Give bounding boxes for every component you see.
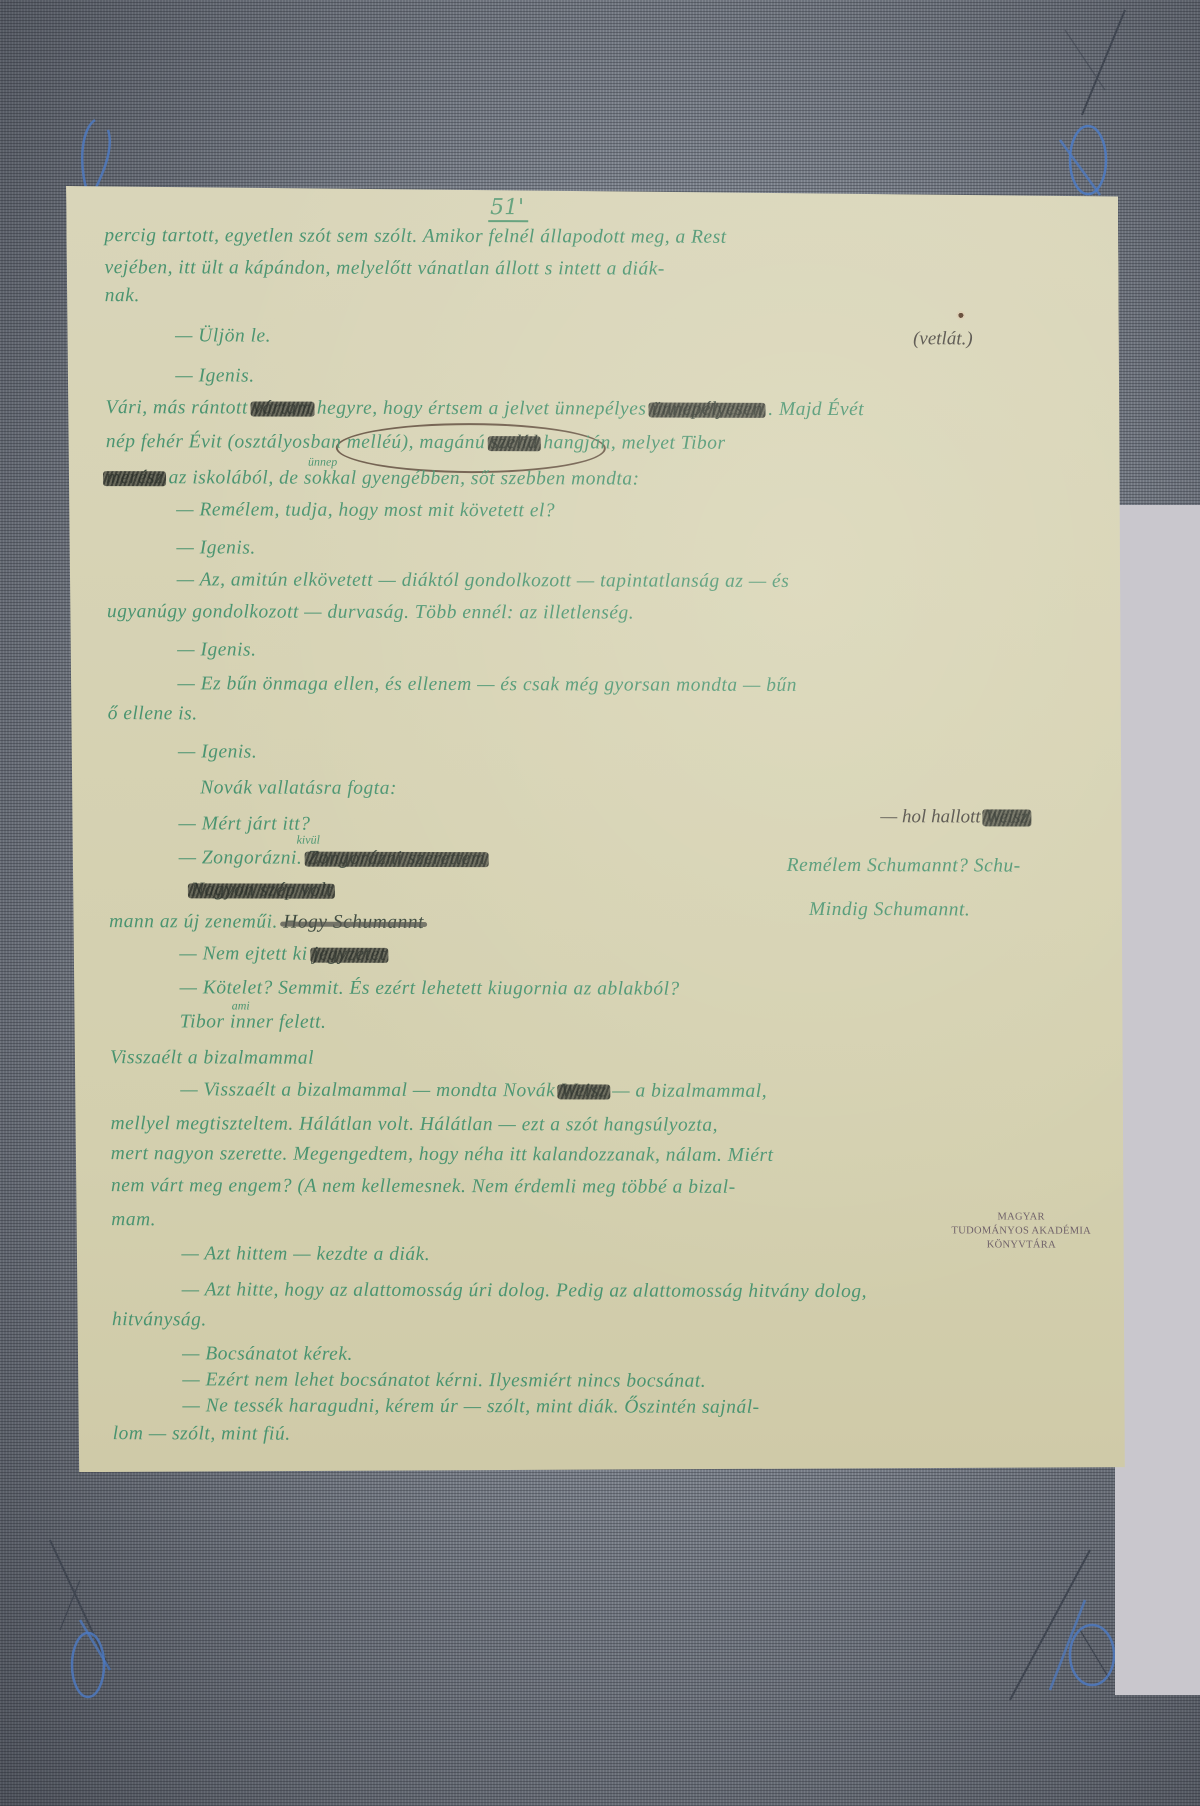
text-line: hitványság.	[112, 1310, 1108, 1332]
text-segment: . Majd Évét	[768, 399, 864, 420]
text-segment: mann az új zeneműi.	[109, 911, 278, 932]
text-line: — Mért járt itt?	[178, 814, 1104, 836]
text-line: ő ellene is.	[108, 704, 1104, 726]
struck-word: merész	[106, 468, 163, 488]
text-segment: Remélem Schumannt?	[787, 855, 969, 876]
text-line: — Zongorázni. Zongorázni szerettem	[179, 848, 1105, 870]
interlinear-insert: ünnep	[308, 455, 337, 470]
text-line: Remélem Schumannt? Schu-	[787, 856, 1105, 876]
text-line: — Visszaélt a bizalmammal — mondta Novák…	[180, 1080, 1106, 1102]
text-line: — Ez bűn önmaga ellen, és ellenem — és c…	[177, 674, 1103, 696]
text-line: vejében, itt ült a kápándon, melyelőtt v…	[105, 258, 1101, 280]
pencil-text: Schu-	[974, 855, 1021, 876]
text-line: mert nagyon szerette. Megengedtem, hogy …	[111, 1144, 1107, 1166]
text-segment: — Nem ejtett ki	[179, 943, 307, 964]
text-line: — Ezért nem lehet bocsánatot kérni. Ilye…	[182, 1370, 1108, 1392]
text-line: mam.	[111, 1210, 1107, 1232]
corner-mark-top-right	[1010, 0, 1130, 200]
pencil-annotation: (vetlát.)	[913, 328, 973, 350]
text-line: — Kötelet? Semmit. És ezért lehetett kiu…	[180, 978, 1106, 1000]
text-line: lom — szólt, mint fiú.	[113, 1424, 1109, 1446]
struck-word: jegyzetet	[313, 945, 386, 965]
text-line: mellyel megtiszteltem. Hálátlan volt. Há…	[110, 1114, 1106, 1136]
text-segment: — Visszaélt a bizalmammal — mondta Novák	[180, 1079, 555, 1101]
stamp-line: TUDOMÁNYOS AKADÉMIA	[951, 1224, 1091, 1238]
text-line: — Igenis.	[175, 366, 1101, 388]
pencil-text: — hol hallott	[880, 806, 980, 827]
text-line: Novák vallatásra fogta:	[200, 778, 1104, 800]
text-line: — Azt hittem — kezdte a diák.	[181, 1244, 1107, 1266]
struck-word: Weisz	[561, 1081, 607, 1101]
struck-word: szelíd	[491, 433, 539, 453]
text-segment: az iskolából, de sokkal gyengébben, sőt …	[169, 467, 640, 489]
stamp-line: KÖNYVTÁRA	[951, 1238, 1091, 1252]
text-line: — Azt hitte, hogy az alattomosság úri do…	[182, 1280, 1108, 1302]
text-segment: hegyre, hogy értsem a jelvet ünnepélyes	[317, 398, 647, 420]
heading-insert: Visszaélt a bizalmammal	[110, 1048, 1106, 1070]
struck-word: vártam	[253, 398, 311, 418]
text-segment: — Zongorázni.	[179, 847, 303, 868]
text-line: mann az új zeneműi. Hogy Schumannt	[109, 912, 1105, 934]
text-line: — Bocsánatot kérek.	[182, 1344, 1108, 1366]
text-line: — Üljön le.	[175, 326, 1101, 348]
text-line: — Nem ejtett ki jegyzetet	[179, 944, 1105, 966]
text-line: nép fehér Évit (osztályosban melléú), ma…	[106, 432, 1102, 454]
interlinear-insert: kivül	[297, 833, 320, 848]
pencil-annotation: — hol hallott Weisz	[880, 806, 1028, 828]
struck-word: Hogy Schumannt	[283, 913, 424, 933]
corner-mark-bottom-left	[40, 1530, 150, 1710]
text-segment: hangján, melyet Tibor	[543, 432, 725, 453]
text-line: — Igenis.	[178, 742, 1104, 764]
text-line: — Ne tessék haragudni, kérem úr — szólt,…	[182, 1396, 1108, 1418]
text-line: ugyanúgy gondolkozott — durvaság. Több e…	[107, 602, 1103, 624]
text-segment: Vári, más rántott	[105, 397, 247, 418]
stamp-line: MAGYAR	[951, 1210, 1091, 1224]
text-segment: — a bizalmammal,	[612, 1080, 767, 1101]
library-stamp: MAGYAR TUDOMÁNYOS AKADÉMIA KÖNYVTÁRA	[951, 1210, 1091, 1252]
text-line: Tibor inner felett.	[180, 1012, 1106, 1034]
text-line: percig tartott, egyetlen szót sem szólt.…	[104, 226, 1100, 248]
backing-sheet	[1115, 505, 1200, 1695]
text-line: merész az iskolából, de sokkal gyengébbe…	[106, 468, 1102, 490]
text-line: nak.	[105, 286, 1101, 308]
struck-word: Nagyon szép volt	[191, 880, 332, 900]
text-line: — Igenis.	[177, 640, 1103, 662]
text-line: Mindig Schumannt.	[809, 900, 1105, 920]
text-line: — Igenis.	[176, 538, 1102, 560]
struck-word: Zongorázni szerettem	[308, 849, 486, 869]
text-line: — Az, amitún elkövetett — diáktól gondol…	[177, 570, 1103, 592]
struck-word: ünnepélyesen	[652, 400, 763, 420]
manuscript-page: 51' percig tartott, egyetlen szót sem sz…	[66, 186, 1127, 1475]
corner-mark-bottom-right	[990, 1540, 1120, 1710]
interlinear-insert: ami	[232, 998, 250, 1013]
circled-phrase-mark	[336, 423, 606, 474]
text-line: nem várt meg engem? (A nem kellemesnek. …	[111, 1176, 1107, 1198]
struck-word: Weisz	[985, 806, 1028, 828]
text-line: — Remélem, tudja, hogy most mit követett…	[176, 500, 1102, 522]
text-segment: nép fehér Évit (osztályosban melléú), ma…	[106, 431, 486, 453]
pin-hole	[956, 310, 966, 320]
text-line: Vári, más rántott vártam hegyre, hogy ér…	[105, 398, 1101, 420]
page-number: 51'	[488, 195, 528, 222]
text-line: Nagyon szép volt	[191, 880, 1105, 902]
